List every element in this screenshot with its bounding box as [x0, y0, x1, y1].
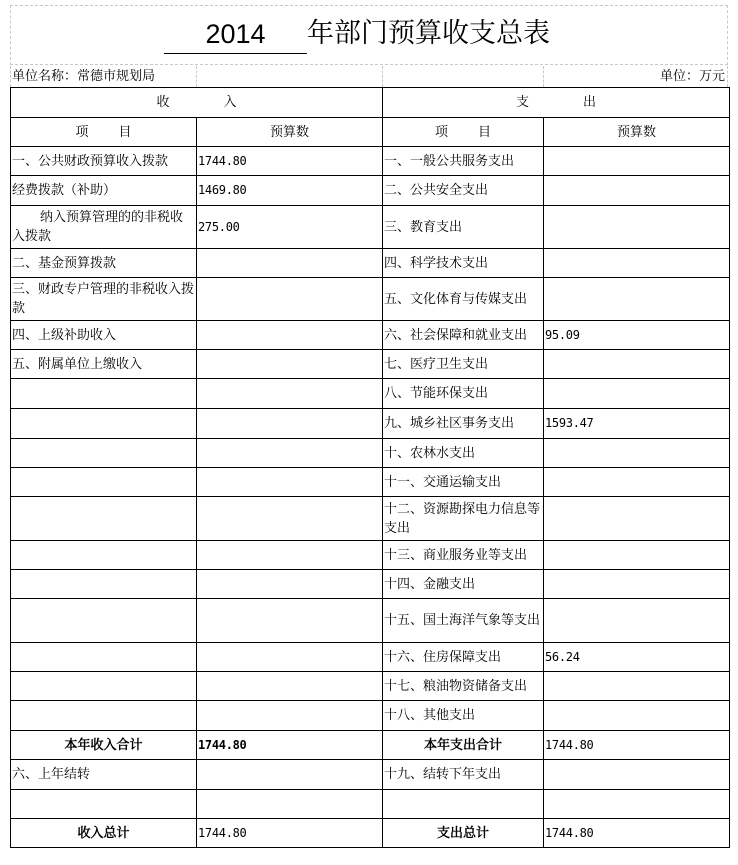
table-row: 经费拨款（补助） 1469.80 二、公共安全支出 [11, 176, 730, 206]
expense-year-total-amount: 1744.80 [544, 731, 730, 760]
expense-amount: 56.24 [544, 643, 730, 672]
gridline [382, 66, 383, 87]
table-row: 一、公共财政预算收入拨款 1744.80 一、一般公共服务支出 [11, 147, 730, 176]
expense-item: 十三、商业服务业等支出 [383, 541, 544, 570]
title-year: 2014 [164, 16, 307, 54]
income-amount [197, 599, 383, 643]
income-grand-total-label: 收入总计 [11, 819, 197, 848]
income-item [11, 379, 197, 409]
unit-name: 单位名称：常德市规划局 [12, 66, 155, 87]
expense-item: 十一、交通运输支出 [383, 468, 544, 497]
income-item [11, 439, 197, 468]
expense-item: 七、医疗卫生支出 [383, 350, 544, 379]
budget-sheet: 2014 年部门预算收支总表 单位名称：常德市规划局 单位：万元 收入 支出 [0, 0, 738, 865]
expense-amount [544, 541, 730, 570]
expense-item: 八、节能环保支出 [383, 379, 544, 409]
table-row: 十四、金融支出 [11, 570, 730, 599]
table-row: 四、上级补助收入 六、社会保障和就业支出 95.09 [11, 321, 730, 350]
expense-item: 十五、国土海洋气象等支出 [383, 599, 544, 643]
expense-amount [544, 468, 730, 497]
income-year-total-label: 本年收入合计 [11, 731, 197, 760]
expense-carryover-item: 十九、结转下年支出 [383, 760, 544, 790]
title-text: 年部门预算收支总表 [307, 16, 550, 54]
income-year-total-amount: 1744.80 [197, 731, 383, 760]
income-carryover-amount [197, 760, 383, 790]
currency-unit: 单位：万元 [660, 66, 725, 87]
income-amount [197, 278, 383, 321]
income-amount [197, 350, 383, 379]
table-row: 三、财政专户管理的非税收入拨款 五、文化体育与传媒支出 [11, 278, 730, 321]
income-item [11, 672, 197, 701]
section-header-row: 收入 支出 [11, 88, 730, 118]
expense-item: 一、一般公共服务支出 [383, 147, 544, 176]
income-amount-header: 预算数 [197, 118, 383, 147]
empty-cell [197, 790, 383, 819]
table-row: 十六、住房保障支出 56.24 [11, 643, 730, 672]
expense-amount [544, 278, 730, 321]
expense-amount [544, 570, 730, 599]
expense-section-header: 支出 [383, 88, 730, 118]
table-row: 十、农林水支出 [11, 439, 730, 468]
expense-grand-total-label: 支出总计 [383, 819, 544, 848]
year-total-row: 本年收入合计 1744.80 本年支出合计 1744.80 [11, 731, 730, 760]
expense-amount [544, 176, 730, 206]
income-item: 纳入预算管理的的非税收入拨款 [11, 206, 197, 249]
table-row: 九、城乡社区事务支出 1593.47 [11, 409, 730, 439]
page-title: 2014 年部门预算收支总表 [164, 14, 550, 54]
income-item [11, 497, 197, 541]
table-row: 十八、其他支出 [11, 701, 730, 731]
expense-amount [544, 249, 730, 278]
income-amount [197, 468, 383, 497]
expense-grand-total-amount: 1744.80 [544, 819, 730, 848]
empty-cell [383, 790, 544, 819]
expense-amount [544, 497, 730, 541]
income-amount [197, 672, 383, 701]
income-item: 四、上级补助收入 [11, 321, 197, 350]
income-item: 五、附属单位上缴收入 [11, 350, 197, 379]
expense-amount [544, 701, 730, 731]
table-row: 五、附属单位上缴收入 七、医疗卫生支出 [11, 350, 730, 379]
table-row: 十七、粮油物资储备支出 [11, 672, 730, 701]
column-header-row: 项目 预算数 项目 预算数 [11, 118, 730, 147]
expense-amount [544, 350, 730, 379]
expense-amount [544, 147, 730, 176]
expense-amount [544, 206, 730, 249]
expense-item: 三、教育支出 [383, 206, 544, 249]
budget-table: 收入 支出 项目 预算数 项目 预算数 一、公共财政预算收入拨款 1744.80… [10, 87, 730, 848]
empty-cell [11, 790, 197, 819]
expense-item: 二、公共安全支出 [383, 176, 544, 206]
table-row: 纳入预算管理的的非税收入拨款 275.00 三、教育支出 [11, 206, 730, 249]
income-amount [197, 570, 383, 599]
income-item: 经费拨款（补助） [11, 176, 197, 206]
income-item [11, 409, 197, 439]
table-row: 十一、交通运输支出 [11, 468, 730, 497]
expense-amount: 95.09 [544, 321, 730, 350]
carryover-row: 六、上年结转 十九、结转下年支出 [11, 760, 730, 790]
income-amount [197, 643, 383, 672]
expense-item-header: 项目 [383, 118, 544, 147]
income-item: 一、公共财政预算收入拨款 [11, 147, 197, 176]
income-amount [197, 379, 383, 409]
income-item [11, 570, 197, 599]
income-amount: 1744.80 [197, 147, 383, 176]
expense-amount [544, 599, 730, 643]
empty-cell [544, 790, 730, 819]
income-item [11, 468, 197, 497]
income-amount [197, 409, 383, 439]
expense-amount [544, 379, 730, 409]
table-row: 二、基金预算拨款 四、科学技术支出 [11, 249, 730, 278]
expense-item: 十六、住房保障支出 [383, 643, 544, 672]
empty-row [11, 790, 730, 819]
expense-item: 九、城乡社区事务支出 [383, 409, 544, 439]
income-amount [197, 541, 383, 570]
expense-amount: 1593.47 [544, 409, 730, 439]
expense-year-total-label: 本年支出合计 [383, 731, 544, 760]
table-row: 十三、商业服务业等支出 [11, 541, 730, 570]
income-amount [197, 249, 383, 278]
expense-amount [544, 672, 730, 701]
expense-item: 十七、粮油物资储备支出 [383, 672, 544, 701]
income-amount [197, 321, 383, 350]
gridline [196, 66, 197, 87]
income-grand-total-amount: 1744.80 [197, 819, 383, 848]
income-amount: 1469.80 [197, 176, 383, 206]
income-amount [197, 439, 383, 468]
income-item: 三、财政专户管理的非税收入拨款 [11, 278, 197, 321]
expense-amount [544, 439, 730, 468]
income-item: 二、基金预算拨款 [11, 249, 197, 278]
income-item [11, 599, 197, 643]
income-amount [197, 497, 383, 541]
expense-item: 十四、金融支出 [383, 570, 544, 599]
expense-amount-header: 预算数 [544, 118, 730, 147]
income-amount [197, 701, 383, 731]
income-amount: 275.00 [197, 206, 383, 249]
unit-info-row: 单位名称：常德市规划局 单位：万元 [10, 66, 728, 87]
income-section-header: 收入 [11, 88, 383, 118]
income-item [11, 541, 197, 570]
expense-item: 四、科学技术支出 [383, 249, 544, 278]
gridline [543, 66, 544, 87]
expense-item: 六、社会保障和就业支出 [383, 321, 544, 350]
expense-carryover-amount [544, 760, 730, 790]
income-item [11, 701, 197, 731]
grand-total-row: 收入总计 1744.80 支出总计 1744.80 [11, 819, 730, 848]
expense-item: 五、文化体育与传媒支出 [383, 278, 544, 321]
expense-item: 十八、其他支出 [383, 701, 544, 731]
table-row: 八、节能环保支出 [11, 379, 730, 409]
income-item [11, 643, 197, 672]
table-row: 十二、资源勘探电力信息等支出 [11, 497, 730, 541]
table-row: 十五、国土海洋气象等支出 [11, 599, 730, 643]
income-carryover-item: 六、上年结转 [11, 760, 197, 790]
expense-item: 十、农林水支出 [383, 439, 544, 468]
income-item-header: 项目 [11, 118, 197, 147]
expense-item: 十二、资源勘探电力信息等支出 [383, 497, 544, 541]
